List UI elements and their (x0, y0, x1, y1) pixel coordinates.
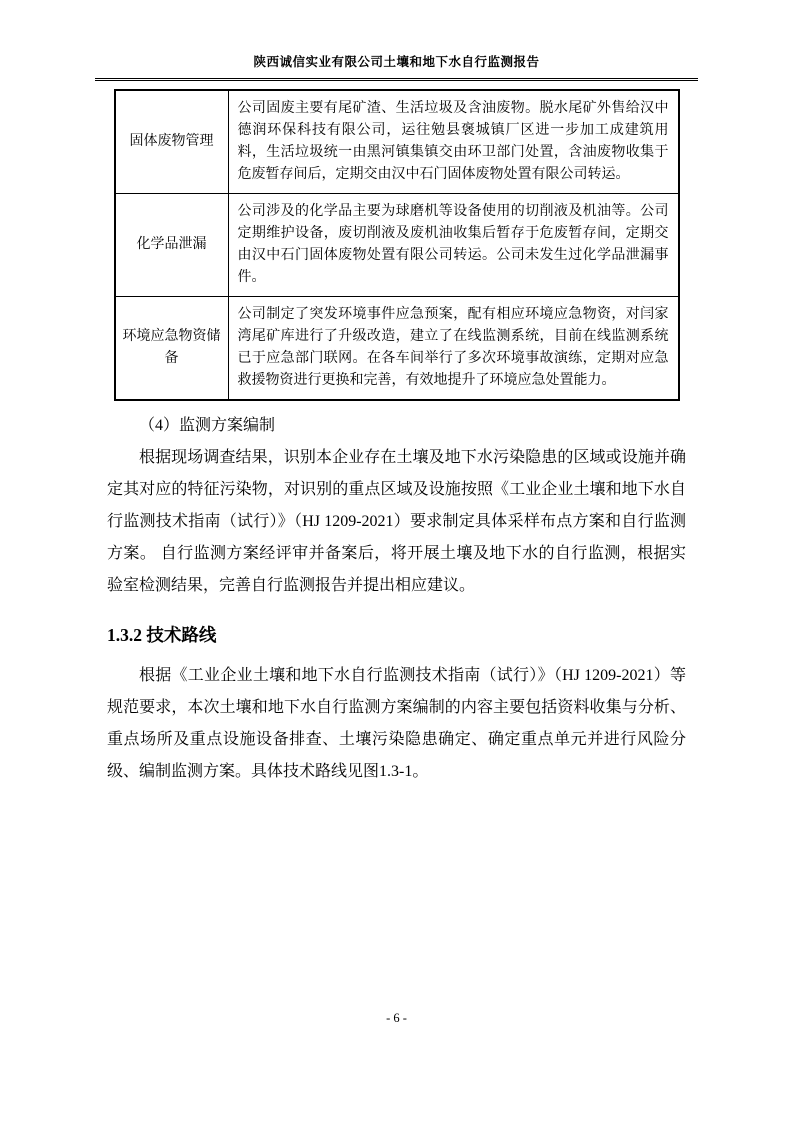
page-footer: - 6 - (0, 1011, 793, 1026)
body-section: 根据《工业企业土壤和地下水自行监测技术指南（试行）》（HJ 1209-2021）… (107, 660, 686, 788)
row-label: 环境应急物资储备 (115, 297, 229, 401)
row-label: 化学品泄漏 (115, 194, 229, 297)
section-heading: 1.3.2 技术路线 (107, 622, 686, 648)
item-heading: （4）监测方案编制 (107, 410, 686, 442)
paragraph: 根据现场调查结果，识别本企业存在土壤及地下水污染隐患的区域或设施并确定其对应的特… (107, 442, 686, 602)
row-content: 公司固废主要有尾矿渣、生活垃圾及含油废物。脱水尾矿外售给汉中德润环保科技有限公司… (228, 90, 679, 194)
row-content: 公司涉及的化学品主要为球磨机等设备使用的切削液及机油等。公司定期维护设备，废切削… (228, 194, 679, 297)
body-section: （4）监测方案编制 根据现场调查结果，识别本企业存在土壤及地下水污染隐患的区域或… (107, 410, 686, 602)
document-page: 陕西诚信实业有限公司土壤和地下水自行监测报告 固体废物管理 公司固废主要有尾矿渣… (0, 0, 793, 1122)
row-label: 固体废物管理 (115, 90, 229, 194)
table-row: 化学品泄漏 公司涉及的化学品主要为球磨机等设备使用的切削液及机油等。公司定期维护… (115, 194, 679, 297)
report-table: 固体废物管理 公司固废主要有尾矿渣、生活垃圾及含油废物。脱水尾矿外售给汉中德润环… (114, 89, 680, 401)
row-content: 公司制定了突发环境事件应急预案，配有相应环境应急物资，对闫家湾尾矿库进行了升级改… (228, 297, 679, 401)
table-row: 固体废物管理 公司固废主要有尾矿渣、生活垃圾及含油废物。脱水尾矿外售给汉中德润环… (115, 90, 679, 194)
paragraph: 根据《工业企业土壤和地下水自行监测技术指南（试行）》（HJ 1209-2021）… (107, 660, 686, 788)
table-row: 环境应急物资储备 公司制定了突发环境事件应急预案，配有相应环境应急物资，对闫家湾… (115, 297, 679, 401)
page-number: - 6 - (386, 1011, 407, 1025)
page-header: 陕西诚信实业有限公司土壤和地下水自行监测报告 (95, 52, 698, 81)
page-header-title: 陕西诚信实业有限公司土壤和地下水自行监测报告 (253, 55, 539, 69)
